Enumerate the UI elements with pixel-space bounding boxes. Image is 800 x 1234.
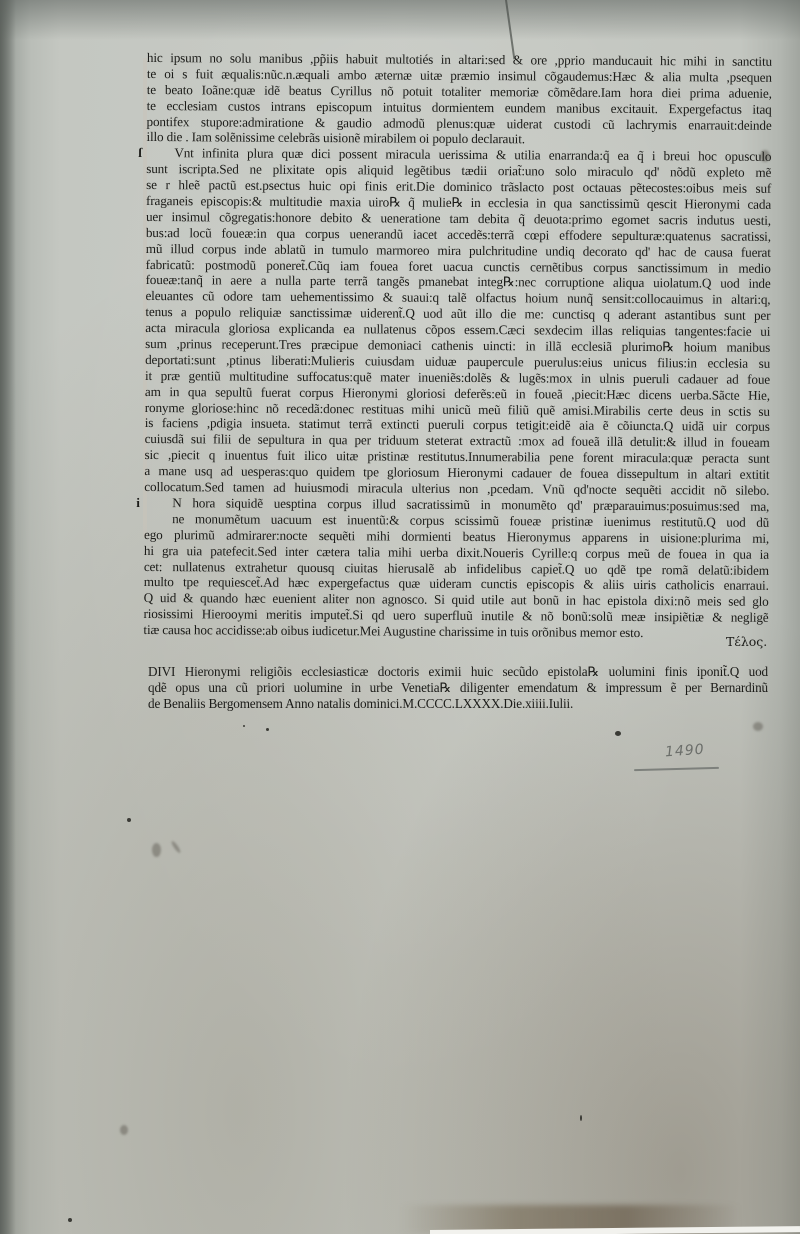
- ink-speck: [243, 725, 245, 727]
- ink-smudge: [753, 722, 763, 731]
- handwritten-date-annotation: 1490: [664, 742, 705, 761]
- initial-guide-letter: ſ: [138, 145, 142, 161]
- binding-gutter-shadow: [0, 0, 16, 1234]
- text-line: N hora siquidẽ uesptina corpus illud sac…: [172, 495, 769, 514]
- colophon: DIVI Hieronymi religiõis ecclesiasticæ d…: [148, 664, 768, 712]
- ink-smudge: [170, 840, 181, 854]
- colophon-line: qdẽ opus una cũ priori uolumine in urbe …: [148, 680, 768, 696]
- initial-guide-letter: i: [136, 495, 140, 511]
- top-edge-shadow: [0, 0, 800, 40]
- ink-smudge: [152, 843, 161, 857]
- handwritten-underline: [634, 767, 719, 771]
- ink-smudge: [120, 1125, 128, 1135]
- colophon-line: de Benaliis Bergomensem Anno natalis dom…: [148, 696, 768, 712]
- printed-text-body: hic ipsum no solu manibus ,pp̃iis habuit…: [143, 50, 772, 642]
- ink-speck: [266, 728, 269, 731]
- ink-speck: [580, 1115, 582, 1121]
- closing-word-telos: Τέλος.: [726, 634, 767, 649]
- ink-speck: [68, 1218, 72, 1222]
- colophon-line: DIVI Hieronymi religiõis ecclesiasticæ d…: [148, 664, 768, 680]
- ink-speck: [615, 731, 621, 736]
- text-line: Vnt infinita plura quæ dici possent mira…: [174, 146, 771, 165]
- ink-speck: [127, 818, 131, 822]
- scanned-page: hic ipsum no solu manibus ,pp̃iis habuit…: [0, 0, 800, 1234]
